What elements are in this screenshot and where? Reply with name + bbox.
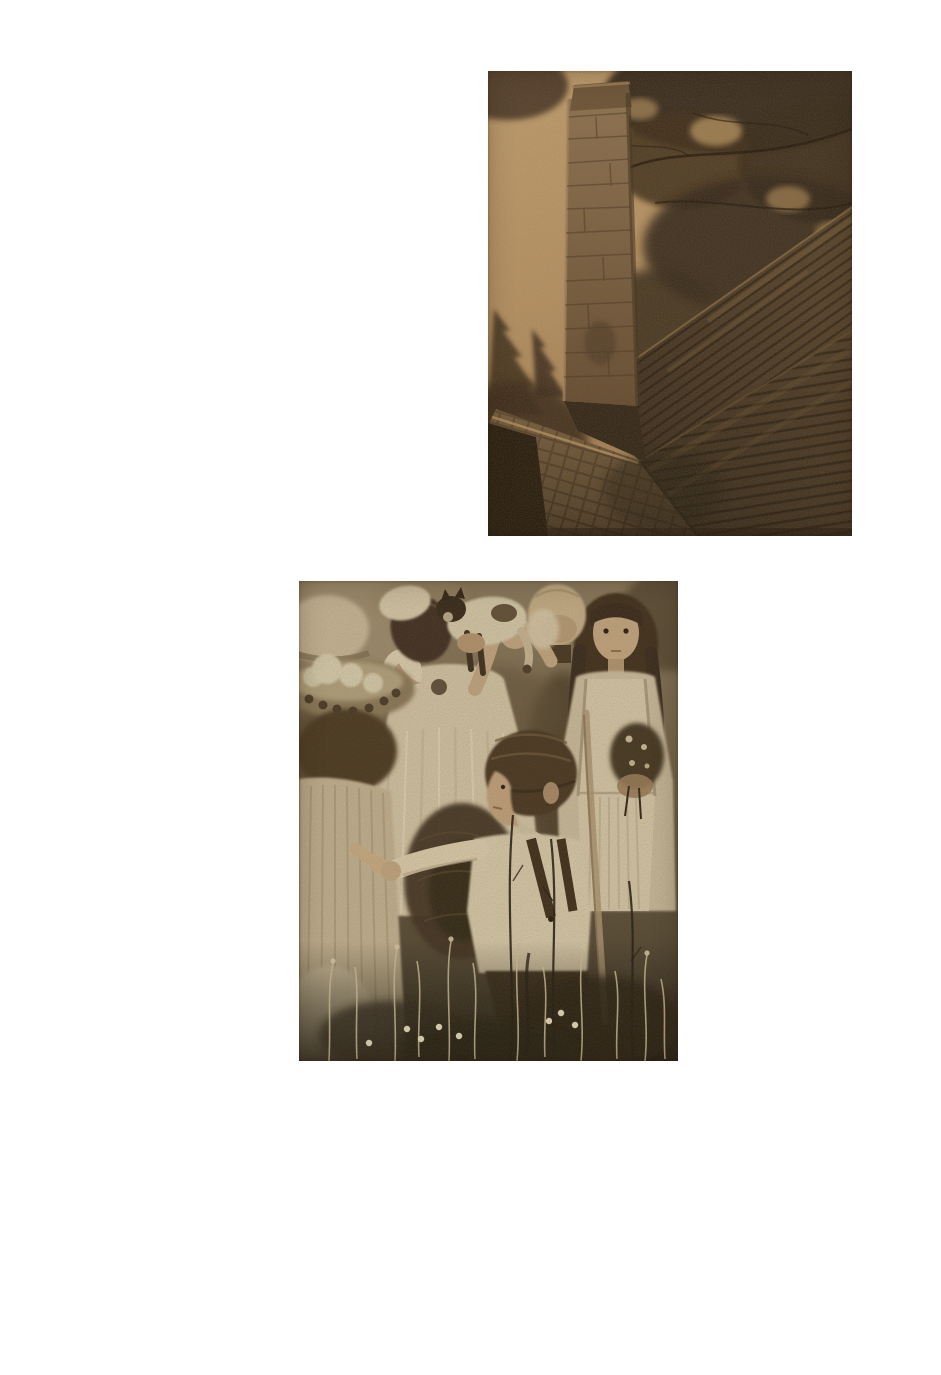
photo-children-kitten	[299, 581, 678, 1061]
children-kitten-art	[299, 581, 678, 1061]
film-grain	[488, 71, 852, 536]
rooftop-chimney-art	[488, 71, 852, 536]
photo-rooftop-chimney	[488, 71, 852, 536]
film-grain	[299, 581, 678, 1061]
page	[0, 0, 941, 1375]
